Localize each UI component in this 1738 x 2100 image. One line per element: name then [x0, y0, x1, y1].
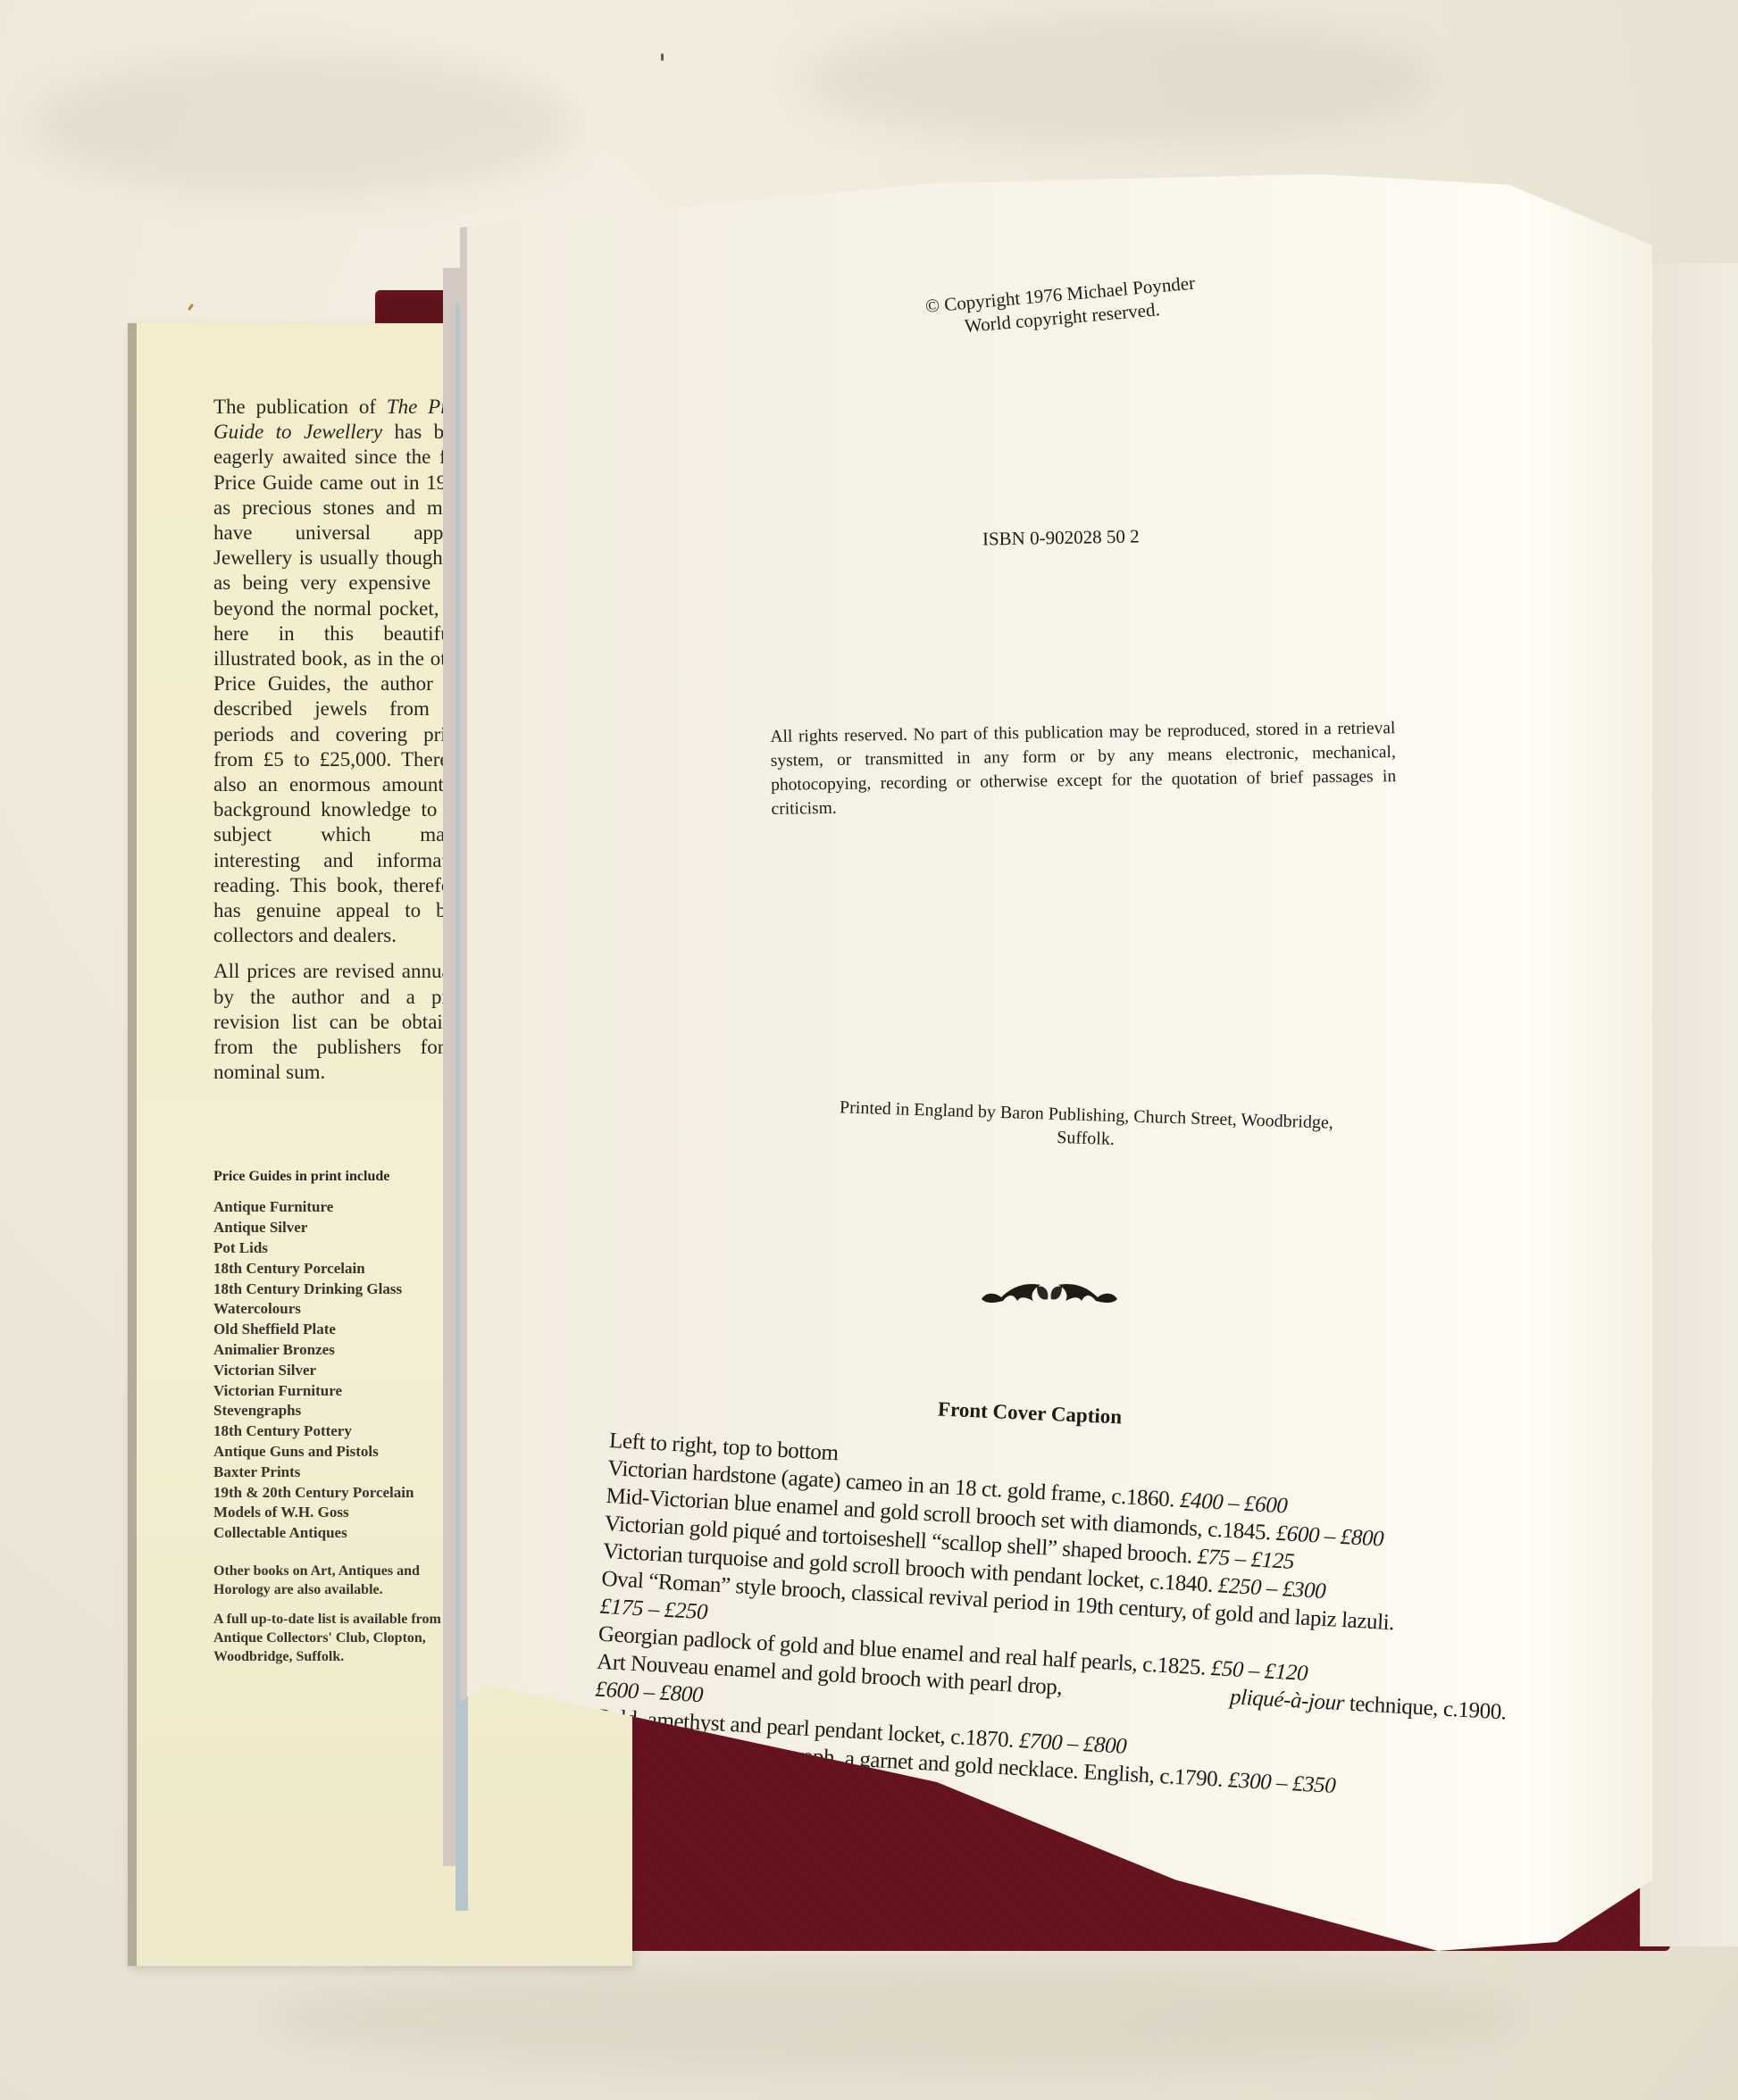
- blurb-text: All prices are revised annually by the a…: [213, 960, 472, 1083]
- rights-statement: All rights reserved. No part of this pub…: [770, 716, 1396, 821]
- bookmark-tab: [380, 296, 451, 320]
- price-guide-item: Models of W.H. Goss: [213, 1503, 472, 1523]
- printer-info: Printed in England by Baron Publishing, …: [773, 1094, 1399, 1160]
- price-guide-item: Collectable Antiques: [213, 1523, 472, 1544]
- isbn: ISBN 0-902028 50 2: [982, 525, 1140, 550]
- price-guide-item: Old Sheffield Plate: [213, 1320, 472, 1340]
- cloth-fold: [804, 18, 1429, 143]
- full-list-note: A full up-to-date list is available from…: [213, 1610, 472, 1666]
- flap-text: The publication of The Price Guide to Je…: [213, 395, 472, 1666]
- technique-italic: pliqué-à-jour: [1229, 1685, 1344, 1715]
- flap-blurb-paragraph-2: All prices are revised annually by the a…: [213, 959, 472, 1085]
- price-guides-list: Antique FurnitureAntique SilverPot Lids1…: [213, 1197, 472, 1544]
- price-guide-item: 18th Century Pottery: [213, 1421, 472, 1442]
- caption-item-price: £300 – £350: [1227, 1768, 1336, 1798]
- other-books-note: Other books on Art, Antiques and Horolog…: [213, 1562, 472, 1599]
- caption-item-price: £700 – £800: [1018, 1729, 1127, 1759]
- blurb-text: has been eagerly awaited since the first…: [213, 421, 472, 946]
- price-guide-item: Watercolours: [213, 1299, 472, 1320]
- caption-item-price: £75 – £125: [1197, 1545, 1295, 1574]
- caption-item-price: £175 – £250: [599, 1595, 708, 1625]
- price-guide-item: Victorian Furniture: [213, 1381, 472, 1402]
- copyright-notice: © Copyright 1976 Michael Poynder World c…: [924, 271, 1198, 341]
- price-guide-item: 18th Century Porcelain: [213, 1259, 472, 1279]
- flap-blurb-paragraph-1: The publication of The Price Guide to Je…: [213, 395, 472, 948]
- price-guide-item: 19th & 20th Century Porcelain: [213, 1483, 472, 1504]
- blurb-text: The publication of: [213, 396, 387, 418]
- flap-blurb: The publication of The Price Guide to Je…: [213, 395, 472, 1085]
- price-guide-item: Victorian Silver: [213, 1361, 472, 1381]
- price-guide-item: Pot Lids: [213, 1238, 472, 1259]
- price-guide-item: Antique Guns and Pistols: [213, 1442, 472, 1462]
- price-guide-item: Stevengraphs: [213, 1401, 472, 1421]
- scroll-flourish-ornament-icon: [978, 1274, 1121, 1310]
- price-guide-item: 18th Century Drinking Glass: [213, 1279, 472, 1300]
- background-speck: [661, 54, 664, 61]
- price-guide-item: Baxter Prints: [213, 1462, 472, 1483]
- caption-title: Front Cover Caption: [938, 1398, 1123, 1429]
- caption-item-price: £600 – £800: [1275, 1521, 1384, 1552]
- caption-item-price: £250 – £300: [1217, 1573, 1326, 1604]
- copyright-page: © Copyright 1976 Michael Poynder World c…: [460, 174, 1652, 1951]
- caption-item-price: £400 – £600: [1179, 1488, 1288, 1519]
- price-guide-item: Antique Furniture: [213, 1197, 472, 1218]
- cloth-fold: [268, 1964, 1518, 2071]
- price-guides-heading: Price Guides in print include: [213, 1169, 472, 1185]
- price-guide-item: Antique Silver: [213, 1218, 472, 1238]
- background-speck: [188, 304, 194, 311]
- caption-item-price: £600 – £800: [595, 1678, 704, 1708]
- page-content: © Copyright 1976 Michael Poynder World c…: [460, 174, 1652, 1951]
- cloth-fold: [36, 54, 572, 196]
- price-guide-item: Animalier Bronzes: [213, 1340, 472, 1361]
- caption-item-price: £50 – £120: [1210, 1656, 1308, 1686]
- next-page-edge: [1640, 263, 1738, 1946]
